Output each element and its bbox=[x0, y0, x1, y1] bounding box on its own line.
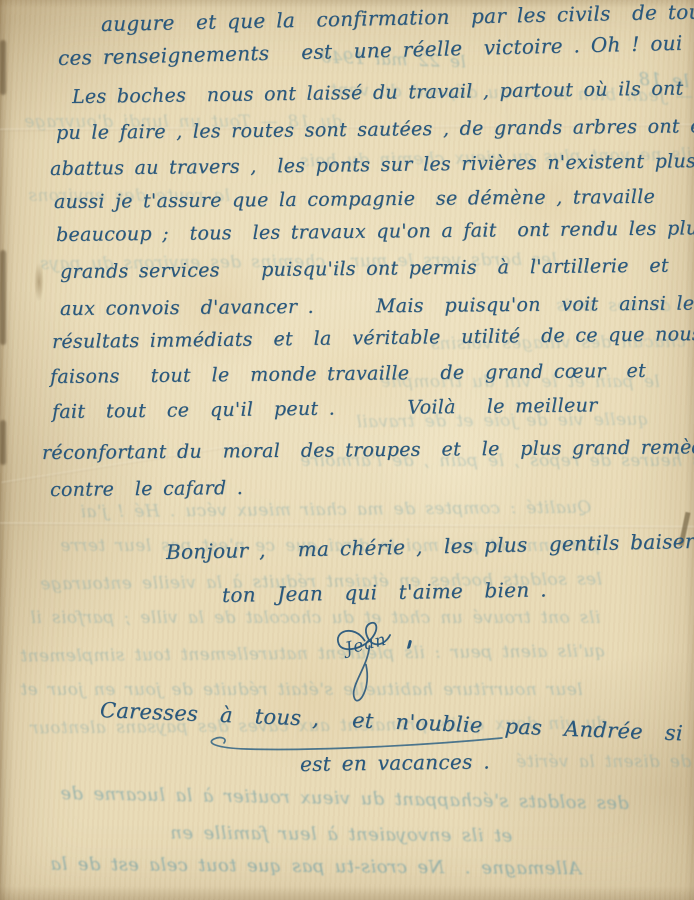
underline-flourish-icon bbox=[198, 732, 508, 754]
handwriting-line: Bonjour , ma chérie , les plus gentils b… bbox=[166, 528, 694, 564]
handwriting-line: ces renseignements est une réelle victoi… bbox=[58, 30, 694, 70]
handwriting-line: pu le faire , les routes sont sautées , … bbox=[56, 115, 694, 144]
signature-flourish-icon bbox=[324, 609, 446, 718]
handwriting-line: résultats immédiats et la véritable util… bbox=[52, 323, 694, 353]
handwriting-line: beaucoup ; tous les travaux qu'on a fait… bbox=[56, 217, 694, 246]
handwriting-layer: augure et que la confirmation par les ci… bbox=[0, 0, 694, 900]
handwriting-line: grands services puisqu'ils ont permis à … bbox=[60, 255, 669, 283]
handwriting-line: faisons tout le monde travaille de grand… bbox=[50, 360, 646, 388]
handwriting-line: augure et que la confirmation par les ci… bbox=[101, 0, 694, 36]
handwriting-line: Les boches nous ont laissé du travail , … bbox=[72, 77, 684, 108]
signature: Jean bbox=[324, 609, 446, 718]
handwriting-line: fait tout ce qu'il peut . Voilà le meill… bbox=[52, 394, 598, 423]
handwriting-line: contre le cafard . bbox=[50, 477, 243, 501]
letter-page: le 22 mai 1940le 18Chéri — Jean bien le … bbox=[0, 0, 694, 900]
handwriting-line: abattus au travers , les ponts sur les r… bbox=[50, 150, 694, 180]
handwriting-line: réconfortant du moral des troupes et le … bbox=[42, 436, 694, 464]
handwriting-line: aux convois d'avancer . Mais puisqu'on v… bbox=[60, 292, 694, 320]
handwriting-line: aussi je t'assure que la compagnie se dé… bbox=[54, 186, 655, 213]
handwriting-line: ton Jean qui t'aime bien . bbox=[222, 577, 547, 607]
